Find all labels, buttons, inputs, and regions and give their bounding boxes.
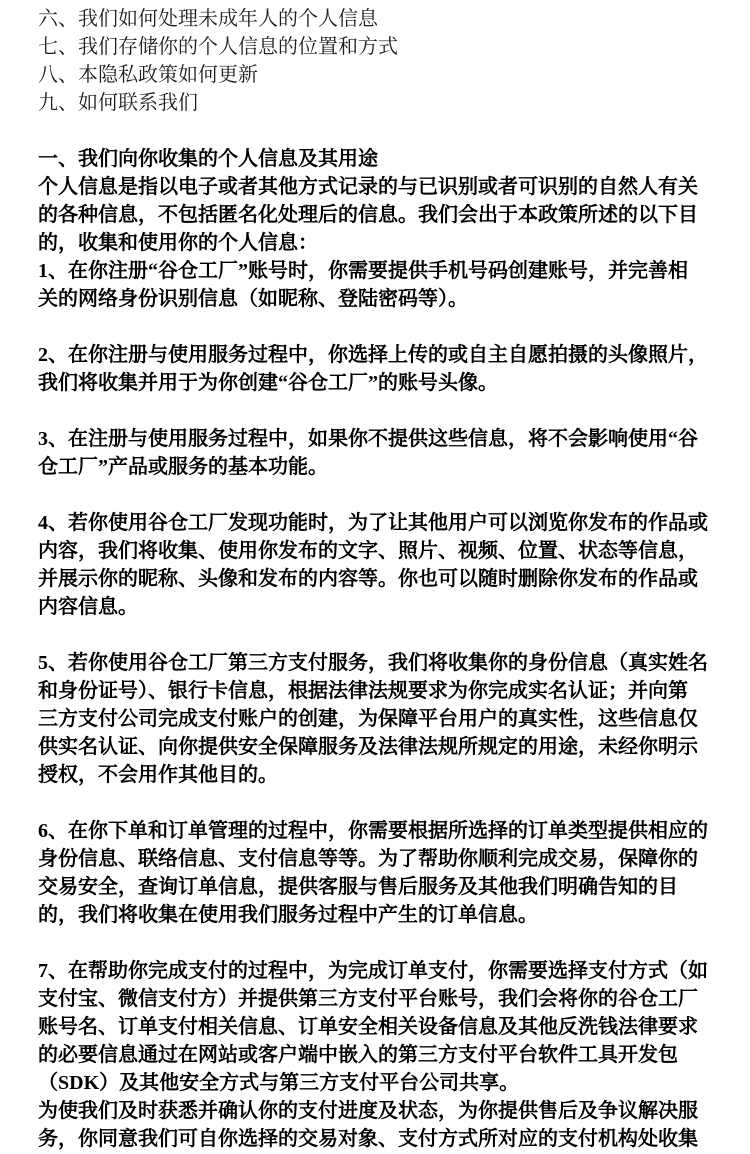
policy-body: 一、我们向你收集的个人信息及其用途个人信息是指以电子或者其他方式记录的与已识别或… bbox=[38, 145, 710, 1153]
text-line: 务，你同意我们可自你选择的交易对象、支付方式所对应的支付机构处收集 bbox=[38, 1125, 710, 1153]
section-1-heading: 一、我们向你收集的个人信息及其用途 bbox=[38, 145, 710, 173]
text-line: 4、若你使用谷仓工厂发现功能时，为了让其他用户可以浏览你发布的作品或 bbox=[38, 509, 710, 537]
toc-item: 八、本隐私政策如何更新 bbox=[38, 61, 710, 89]
text-line: 的各种信息，不包括匿名化处理后的信息。我们会出于本政策所述的以下目 bbox=[38, 201, 710, 229]
text-line: 并展示你的昵称、头像和发布的内容等。你也可以随时删除你发布的作品或 bbox=[38, 565, 710, 593]
text-line: （SDK）及其他安全方式与第三方支付平台公司共享。 bbox=[38, 1069, 710, 1097]
text-line: 我们将收集并用于为你创建“谷仓工厂”的账号头像。 bbox=[38, 369, 710, 397]
text-line: 三方支付公司完成支付账户的创建，为保障平台用户的真实性，这些信息仅 bbox=[38, 705, 710, 733]
item-4: 4、若你使用谷仓工厂发现功能时，为了让其他用户可以浏览你发布的作品或内容，我们将… bbox=[38, 509, 710, 621]
toc-item: 六、我们如何处理未成年人的个人信息 bbox=[38, 5, 710, 33]
text-line: 1、在你注册“谷仓工厂”账号时，你需要提供手机号码创建账号，并完善相 bbox=[38, 257, 710, 285]
table-of-contents: 六、我们如何处理未成年人的个人信息七、我们存储你的个人信息的位置和方式八、本隐私… bbox=[38, 5, 710, 117]
text-line: 为使我们及时获悉并确认你的支付进度及状态，为你提供售后及争议解决服 bbox=[38, 1097, 710, 1125]
privacy-policy-document: 六、我们如何处理未成年人的个人信息七、我们存储你的个人信息的位置和方式八、本隐私… bbox=[0, 0, 750, 1153]
text-line: 身份信息、联络信息、支付信息等等。为了帮助你顺利完成交易，保障你的 bbox=[38, 845, 710, 873]
text-line: 的必要信息通过在网站或客户端中嵌入的第三方支付平台软件工具开发包 bbox=[38, 1041, 710, 1069]
text-line: 6、在你下单和订单管理的过程中，你需要根据所选择的订单类型提供相应的 bbox=[38, 817, 710, 845]
text-line: 供实名认证、向你提供安全保障服务及法律法规所规定的用途，未经你明示 bbox=[38, 733, 710, 761]
text-line: 2、在你注册与使用服务过程中，你选择上传的或自主自愿拍摄的头像照片， bbox=[38, 341, 710, 369]
item-3: 3、在注册与使用服务过程中，如果你不提供这些信息，将不会影响使用“谷仓工厂”产品… bbox=[38, 425, 710, 481]
text-line: 交易安全，查询订单信息，提供客服与售后服务及其他我们明确告知的目 bbox=[38, 873, 710, 901]
text-line: 授权，不会用作其他目的。 bbox=[38, 761, 710, 789]
text-line: 7、在帮助你完成支付的过程中，为完成订单支付，你需要选择支付方式（如 bbox=[38, 957, 710, 985]
text-line: 内容，我们将收集、使用你发布的文字、照片、视频、位置、状态等信息， bbox=[38, 537, 710, 565]
item-1: 1、在你注册“谷仓工厂”账号时，你需要提供手机号码创建账号，并完善相关的网络身份… bbox=[38, 257, 710, 313]
text-line: 5、若你使用谷仓工厂第三方支付服务，我们将收集你的身份信息（真实姓名 bbox=[38, 649, 710, 677]
text-line: 账号名、订单支付相关信息、订单安全相关设备信息及其他反洗钱法律要求 bbox=[38, 1013, 710, 1041]
item-6: 6、在你下单和订单管理的过程中，你需要根据所选择的订单类型提供相应的身份信息、联… bbox=[38, 817, 710, 929]
text-line: 的，我们将收集在使用我们服务过程中产生的订单信息。 bbox=[38, 901, 710, 929]
text-line: 仓工厂”产品或服务的基本功能。 bbox=[38, 453, 710, 481]
section-1-intro: 个人信息是指以电子或者其他方式记录的与已识别或者可识别的自然人有关的各种信息，不… bbox=[38, 173, 710, 257]
text-line: 支付宝、微信支付方）并提供第三方支付平台账号，我们会将你的谷仓工厂 bbox=[38, 985, 710, 1013]
text-line: 的，收集和使用你的个人信息： bbox=[38, 229, 710, 257]
text-line: 一、我们向你收集的个人信息及其用途 bbox=[38, 145, 710, 173]
text-line: 关的网络身份识别信息（如昵称、登陆密码等）。 bbox=[38, 285, 710, 313]
toc-item: 九、如何联系我们 bbox=[38, 89, 710, 117]
item-7: 7、在帮助你完成支付的过程中，为完成订单支付，你需要选择支付方式（如支付宝、微信… bbox=[38, 957, 710, 1097]
text-line: 内容信息。 bbox=[38, 593, 710, 621]
text-line: 个人信息是指以电子或者其他方式记录的与已识别或者可识别的自然人有关 bbox=[38, 173, 710, 201]
item-7-continuation: 为使我们及时获悉并确认你的支付进度及状态，为你提供售后及争议解决服务，你同意我们… bbox=[38, 1097, 710, 1153]
item-2: 2、在你注册与使用服务过程中，你选择上传的或自主自愿拍摄的头像照片，我们将收集并… bbox=[38, 341, 710, 397]
item-5: 5、若你使用谷仓工厂第三方支付服务，我们将收集你的身份信息（真实姓名和身份证号）… bbox=[38, 649, 710, 789]
text-line: 3、在注册与使用服务过程中，如果你不提供这些信息，将不会影响使用“谷 bbox=[38, 425, 710, 453]
toc-item: 七、我们存储你的个人信息的位置和方式 bbox=[38, 33, 710, 61]
text-line: 和身份证号）、银行卡信息，根据法律法规要求为你完成实名认证；并向第 bbox=[38, 677, 710, 705]
